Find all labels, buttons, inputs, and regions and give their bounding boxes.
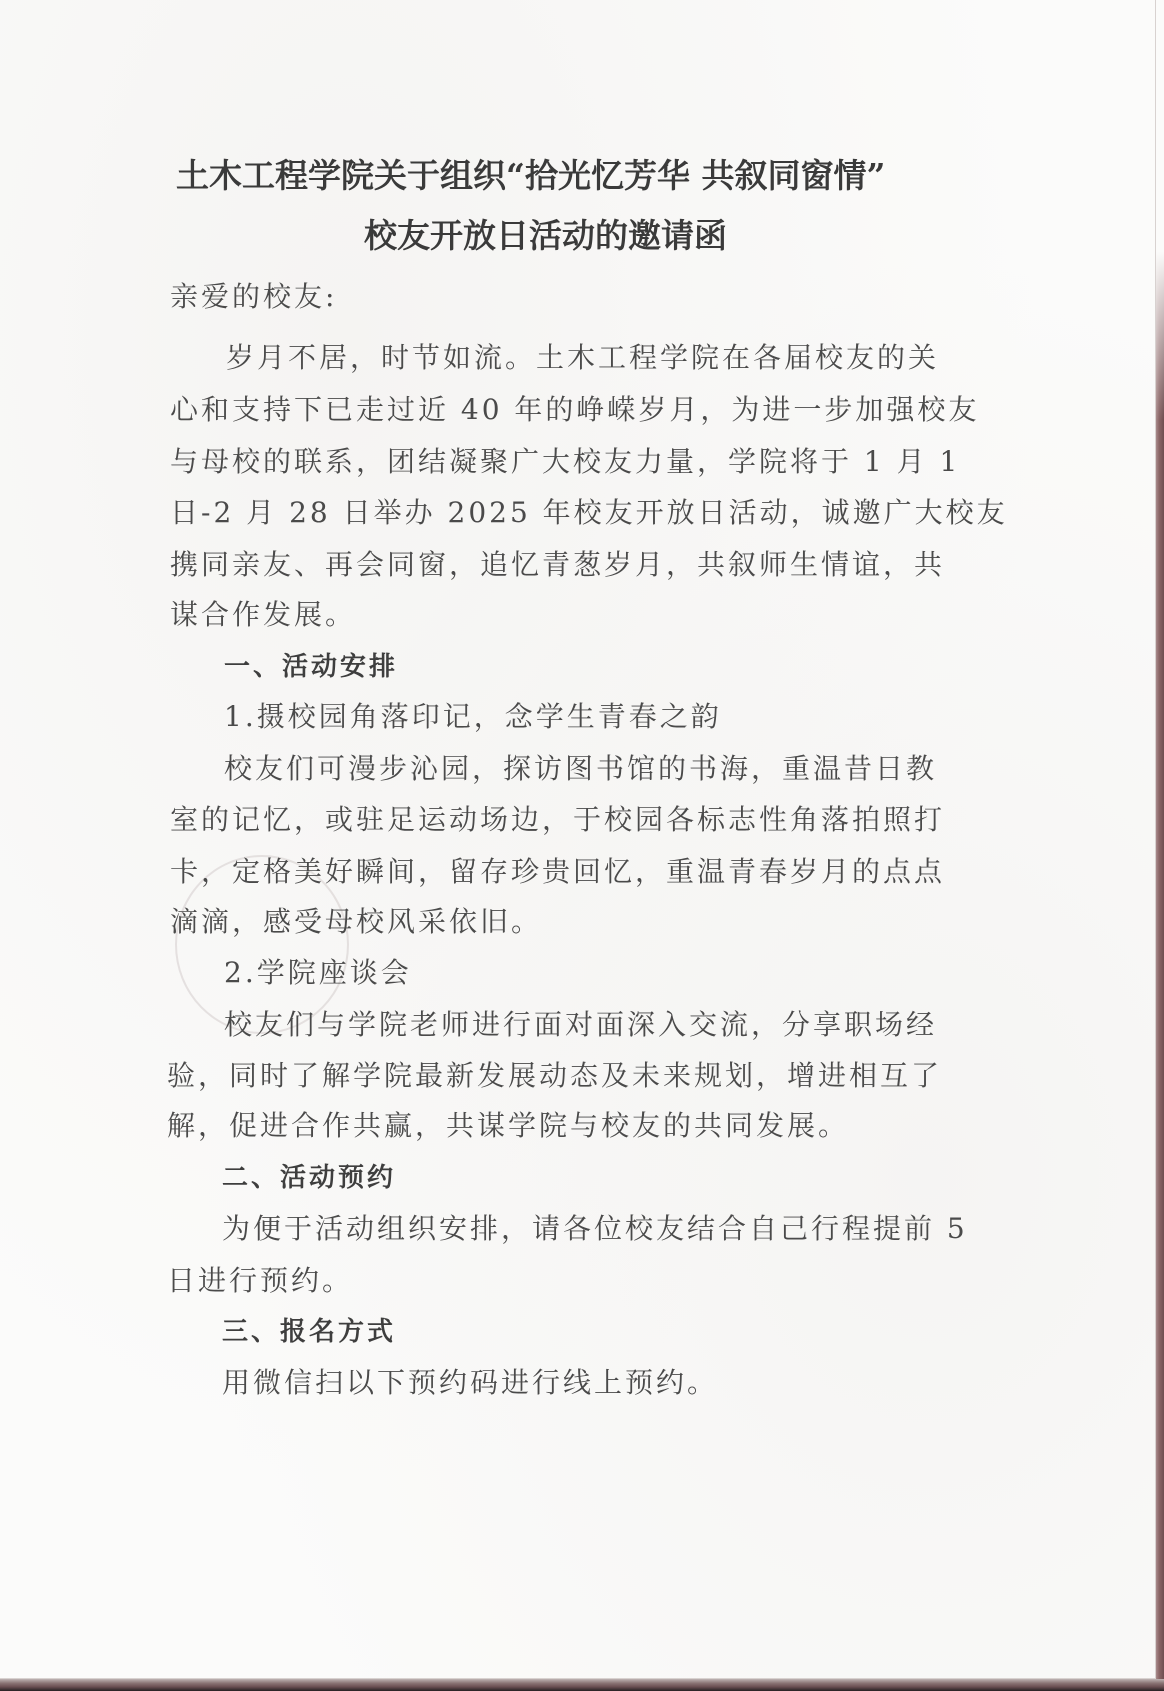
intro-line: 岁月不居，时节如流。土木工程学院在各届校友的关	[226, 341, 939, 375]
subsection-line: 校友们与学院老师进行面对面深入交流，分享职场经	[224, 1008, 937, 1042]
document-page: 土木工程学院关于组织“拾光忆芳华 共叙同窗情” 校友开放日活动的邀请函 亲爱的校…	[0, 0, 1156, 1679]
page-edge-right-fade	[1156, 0, 1164, 420]
subsection-title-symposium: 2.学院座谈会	[224, 956, 412, 990]
subsection-line: 解，促进合作共赢，共谋学院与校友的共同发展。	[167, 1109, 849, 1143]
subsection-title-campus-photos: 1.摄校园角落印记，念学生青春之韵	[224, 700, 722, 734]
intro-line: 与母校的联系，团结凝聚广大校友力量，学院将于 1 月 1	[170, 445, 960, 479]
document-title-line-2: 校友开放日活动的邀请函	[364, 216, 727, 256]
registration-line: 用微信扫以下预约码进行线上预约。	[222, 1366, 718, 1400]
greeting: 亲爱的校友:	[170, 280, 337, 314]
intro-line: 谋合作发展。	[170, 598, 356, 632]
reservation-line: 为便于活动组织安排，请各位校友结合自己行程提前 5	[222, 1212, 968, 1246]
subsection-line: 室的记忆，或驻足运动场边，于校园各标志性角落拍照打	[170, 803, 945, 837]
section-heading-reservation: 二、活动预约	[222, 1161, 396, 1195]
reservation-line: 日进行预约。	[167, 1264, 353, 1298]
section-heading-activity-arrangement: 一、活动安排	[224, 650, 398, 684]
section-heading-registration: 三、报名方式	[222, 1315, 396, 1349]
subsection-line: 滴滴，感受母校风采依旧。	[170, 905, 542, 939]
subsection-line: 校友们可漫步沁园，探访图书馆的书海，重温昔日教	[224, 752, 937, 786]
intro-line: 携同亲友、再会同窗，追忆青葱岁月，共叙师生情谊，共	[170, 548, 945, 582]
document-title-line-1: 土木工程学院关于组织“拾光忆芳华 共叙同窗情”	[176, 156, 885, 196]
subsection-line: 验，同时了解学院最新发展动态及未来规划，增进相互了	[167, 1059, 942, 1093]
intro-line: 日-2 月 28 日举办 2025 年校友开放日活动，诚邀广大校友	[170, 496, 1008, 530]
page-edge-bottom	[0, 1679, 1164, 1691]
intro-line: 心和支持下已走过近 40 年的峥嵘岁月，为进一步加强校友	[170, 393, 979, 427]
subsection-line: 卡，定格美好瞬间，留存珍贵回忆，重温青春岁月的点点	[170, 855, 945, 889]
